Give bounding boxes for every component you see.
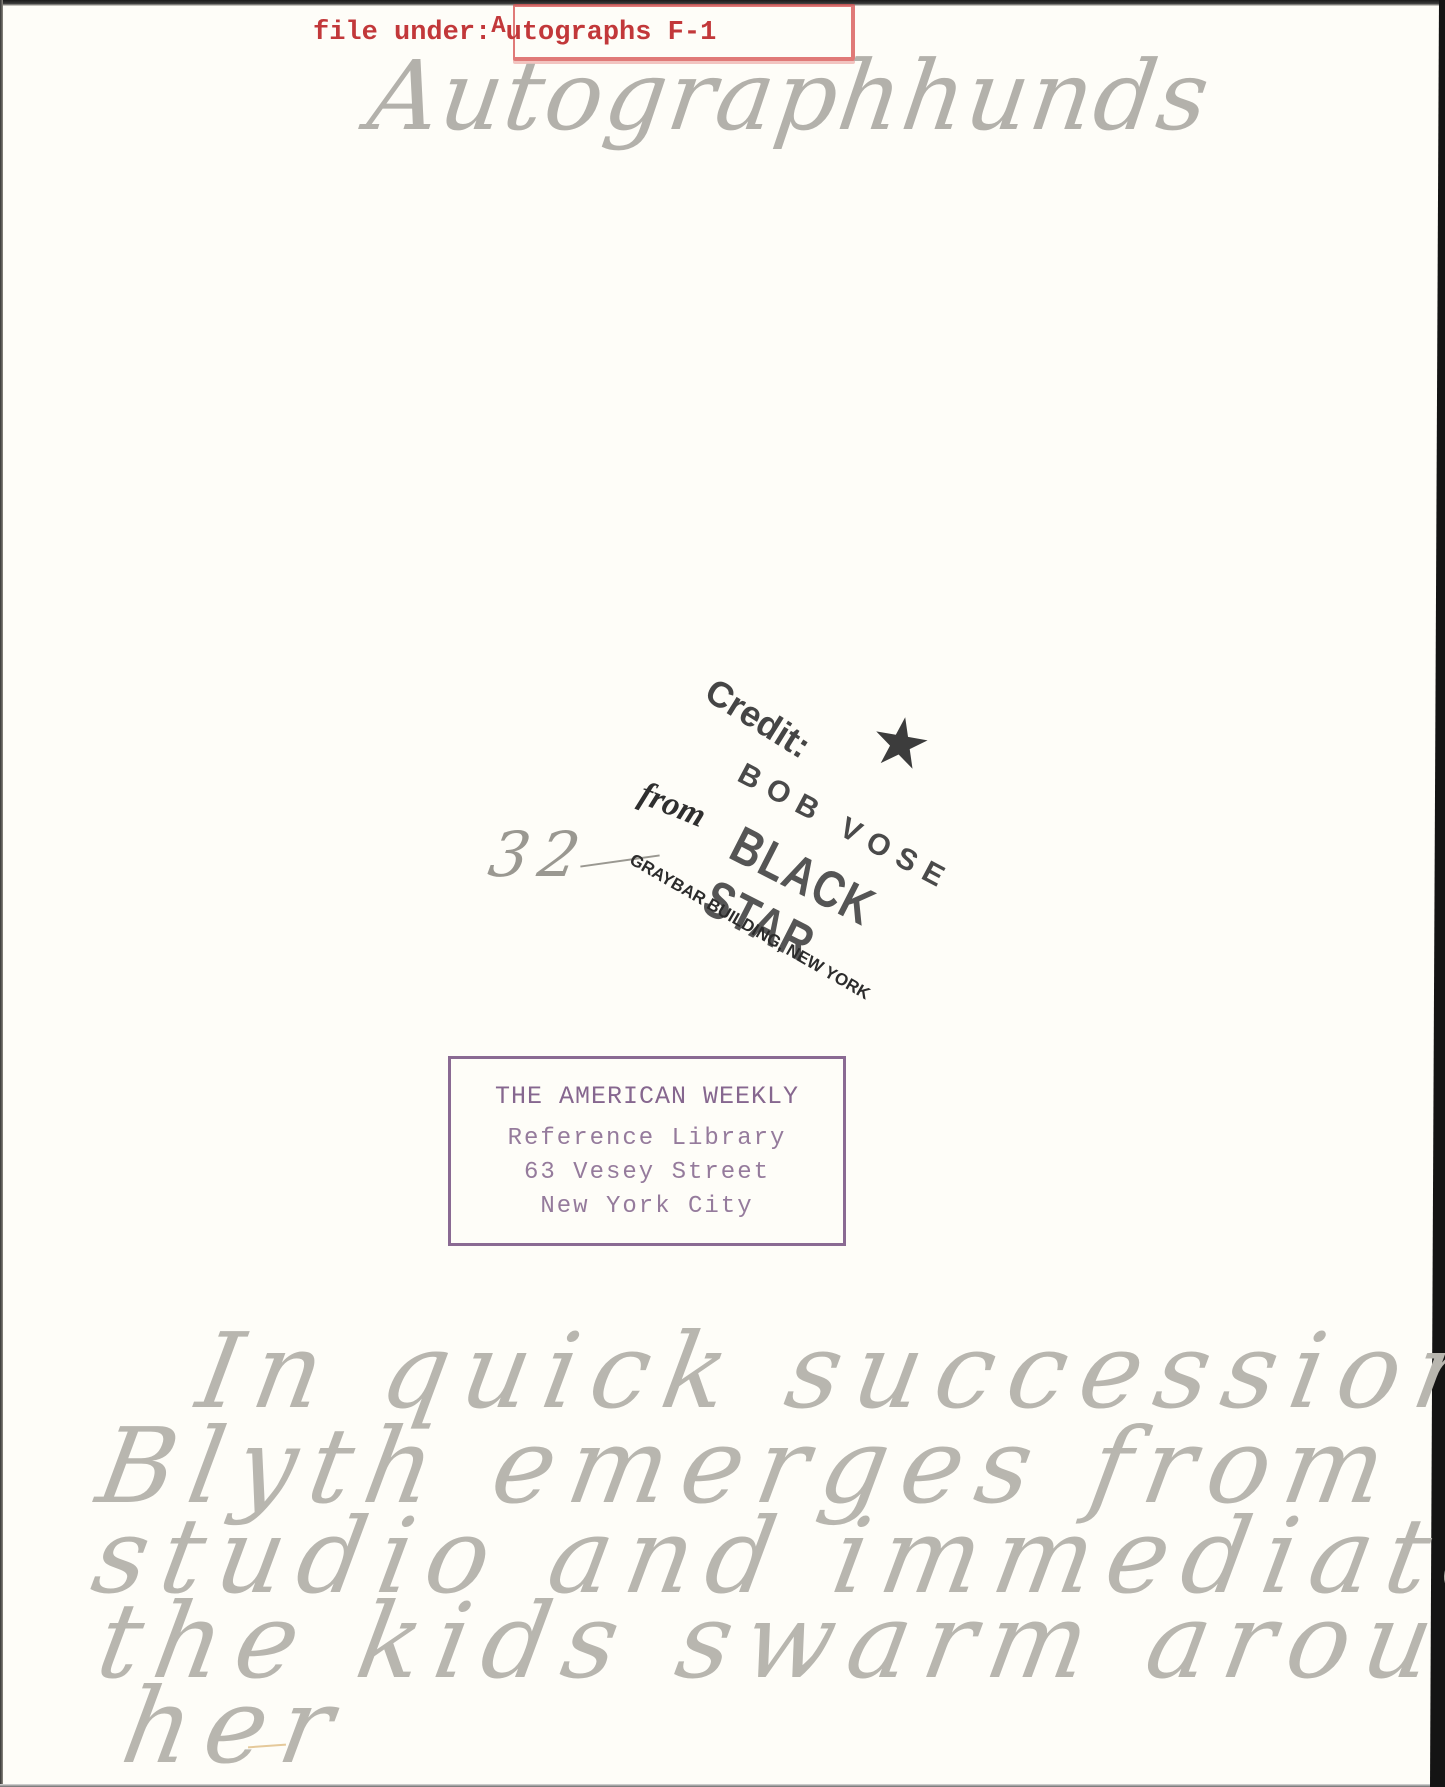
file-category-initial: A — [491, 13, 505, 40]
left-edge-border — [0, 0, 3, 1787]
from-label: from — [634, 775, 711, 836]
credit-stamp: Credit: ★ BOB VOSE from BLACK STAR GRAYB… — [630, 655, 990, 1015]
caption-line-5: her — [114, 1665, 356, 1787]
pencil-heading: Autographhunds — [362, 40, 1217, 152]
library-stamp-title: THE AMERICAN WEEKLY — [451, 1083, 843, 1111]
library-stamp-line4: New York City — [451, 1193, 843, 1221]
credit-label: Credit: — [698, 670, 819, 767]
library-stamp-line3: 63 Vesey Street — [451, 1159, 843, 1187]
library-stamp-line2: Reference Library — [451, 1125, 843, 1153]
pencil-number: 32 — [484, 818, 596, 891]
photo-verso-page: file under:Autographs F-1 Autographhunds… — [0, 0, 1445, 1787]
library-stamp: THE AMERICAN WEEKLY Reference Library 63… — [448, 1056, 846, 1246]
star-icon: ★ — [865, 705, 937, 783]
